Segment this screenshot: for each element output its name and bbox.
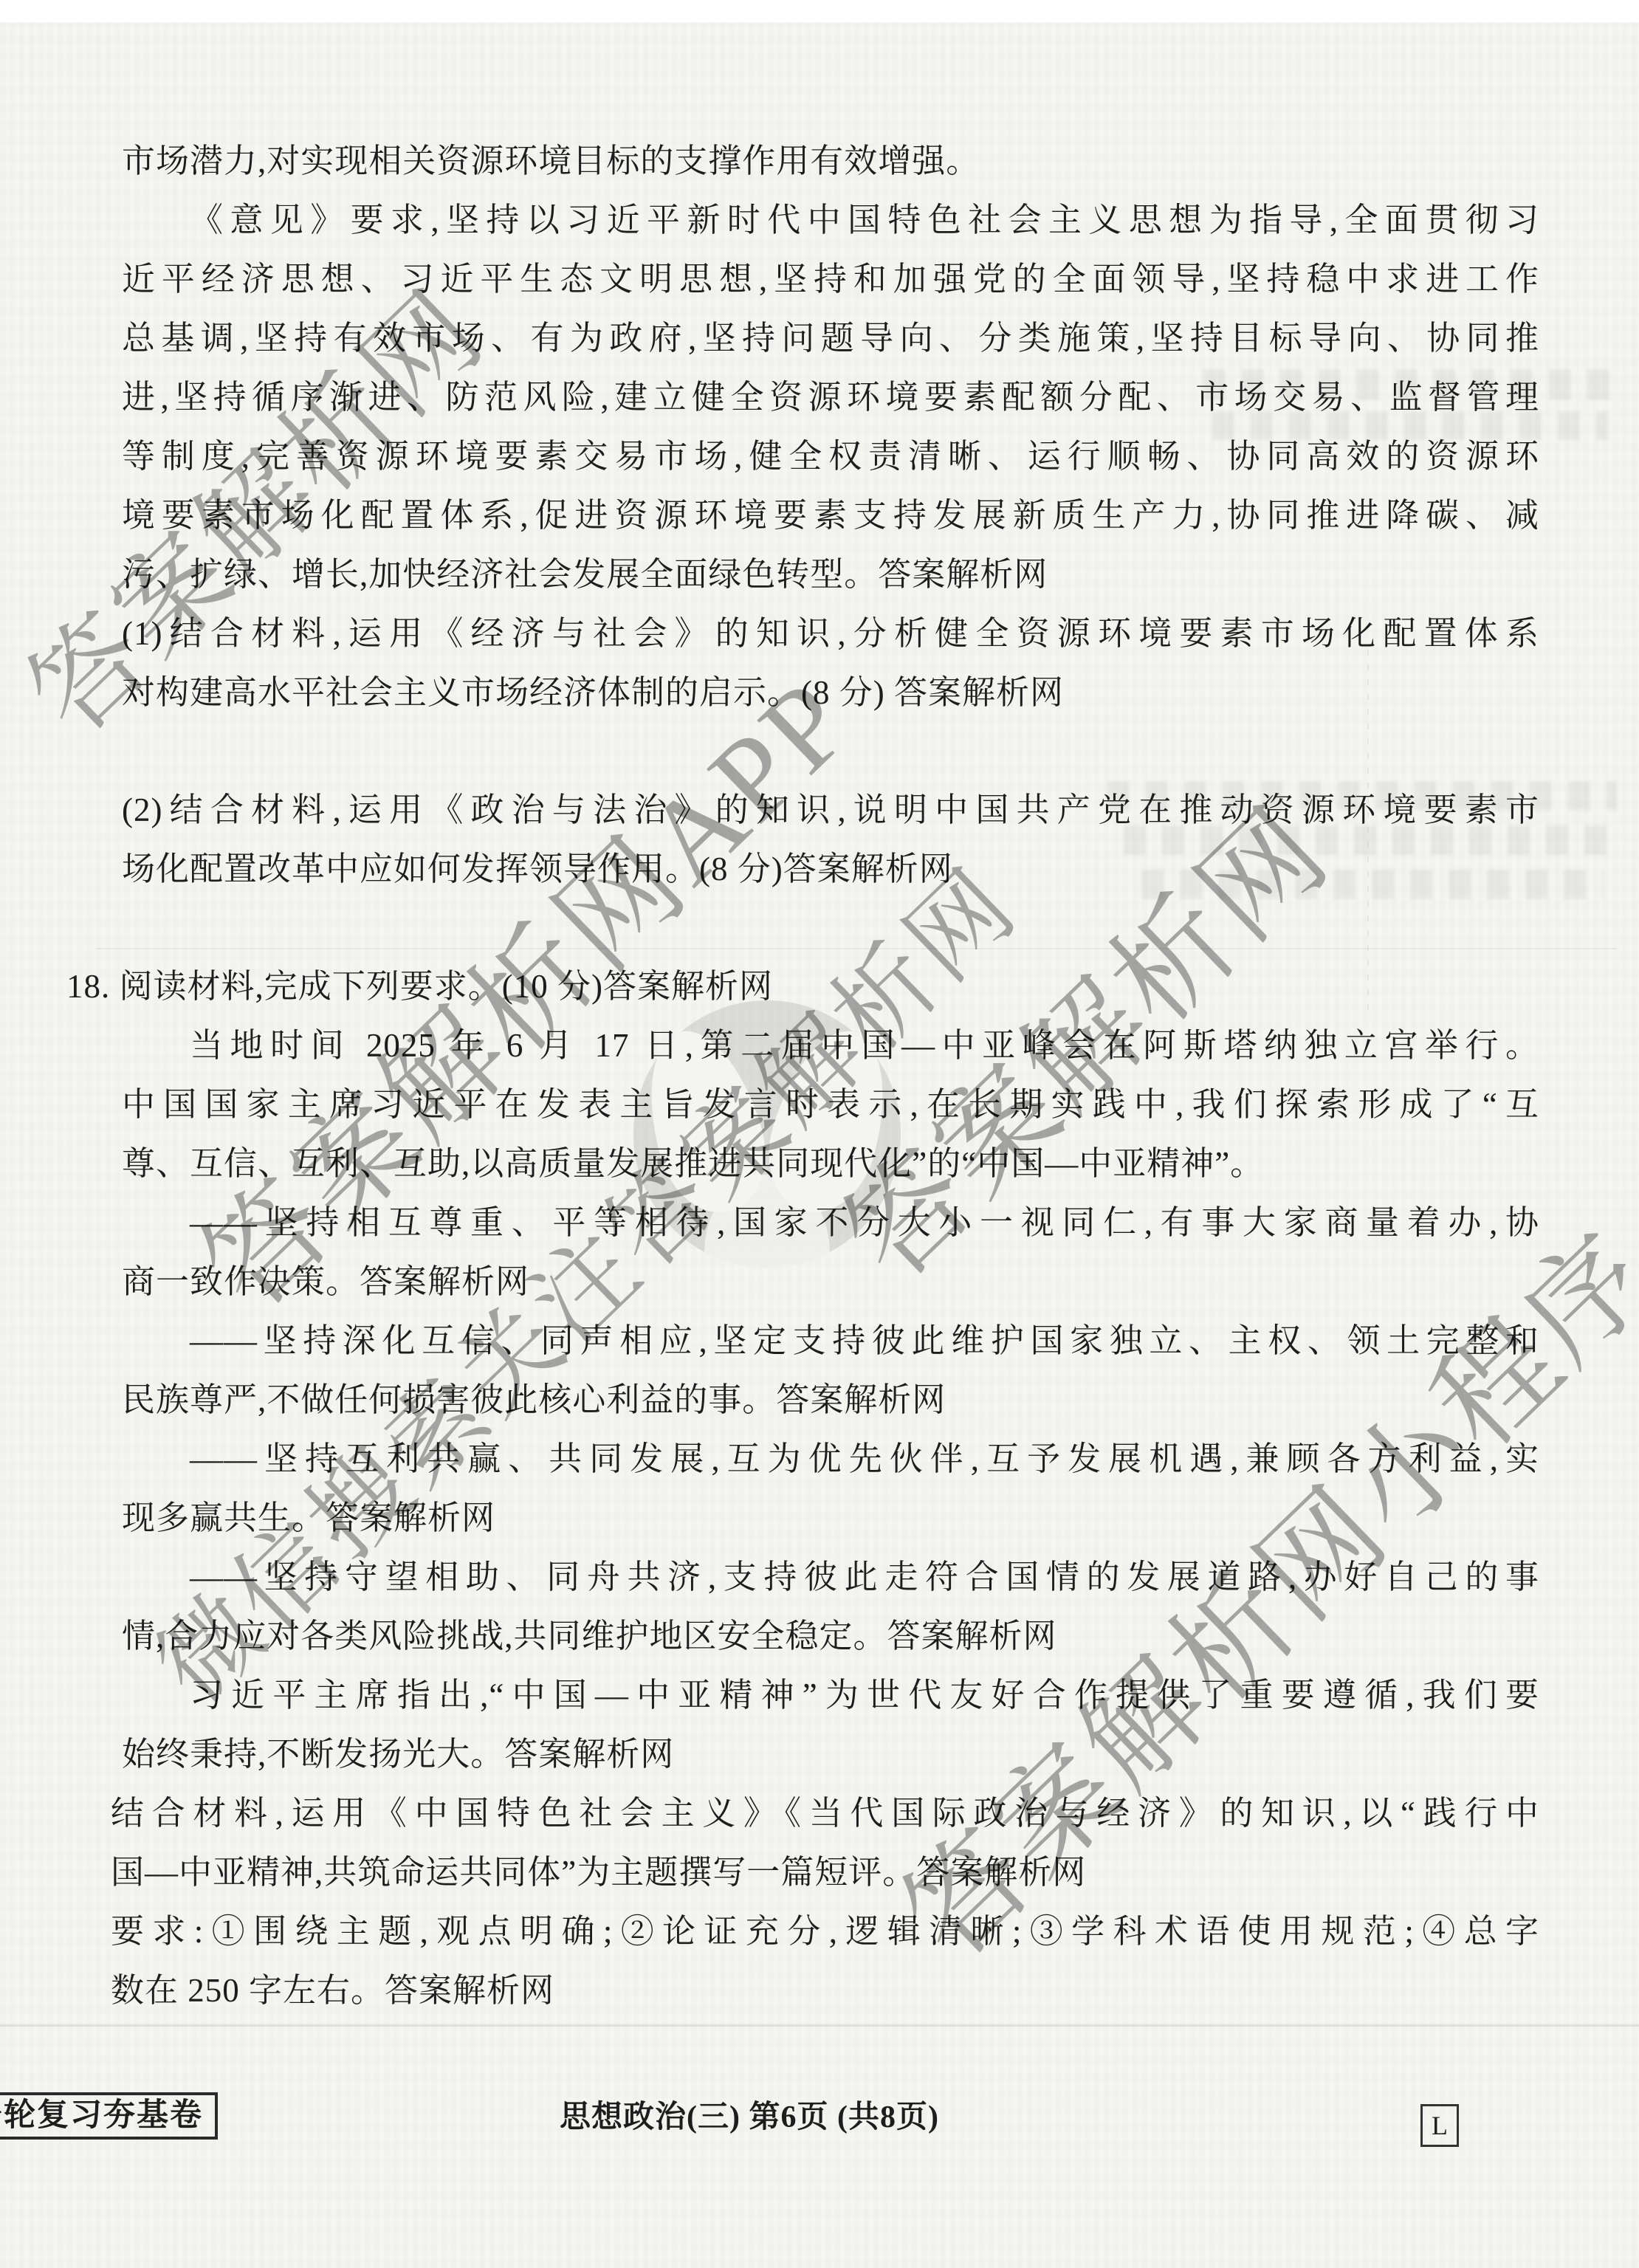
footer-version-mark: L <box>1420 2104 1459 2147</box>
text-line: 国—中亚精神,共筑命运共同体”为主题撰写一篇短评。答案解析网 <box>111 1843 1539 1902</box>
text-line: 要求:①围绕主题,观点明确;②论证充分,逻辑清晰;③学科术语使用规范;④总字 <box>111 1902 1539 1961</box>
text-line: 市场潜力,对实现相关资源环境目标的支撑作用有效增强。 <box>122 131 1539 190</box>
text-line: 结合材料,运用《中国特色社会主义》《当代国际政治与经济》的知识,以“践行中 <box>111 1784 1539 1843</box>
text-line: ——坚持深化互信、同声相应,坚定支持彼此维护国家独立、主权、领土完整和 <box>122 1311 1539 1370</box>
text-line: (1)结合材料,运用《经济与社会》的知识,分析健全资源环境要素市场化配置体系 <box>122 604 1539 663</box>
text-line: 始终秉持,不断发扬光大。答案解析网 <box>122 1725 1539 1784</box>
scan-artifact-line <box>0 2024 1639 2027</box>
text-line: 近平经济思想、习近平生态文明思想,坚持和加强党的全面领导,坚持稳中求进工作 <box>122 250 1539 309</box>
text-line: 《意见》要求,坚持以习近平新时代中国特色社会主义思想为指导,全面贯彻习 <box>122 190 1539 250</box>
line-gap <box>0 898 1639 957</box>
footer-page-indicator: 思想政治(三) 第6页 (共8页) <box>517 2097 982 2138</box>
text-line: 民族尊严,不做任何损害彼此核心利益的事。答案解析网 <box>122 1370 1539 1429</box>
text-line: 污、扩绿、增长,加快经济社会发展全面绿色转型。答案解析网 <box>122 545 1539 604</box>
scanned-exam-page: 市场潜力,对实现相关资源环境目标的支撑作用有效增强。《意见》要求,坚持以习近平新… <box>0 0 1639 2268</box>
text-line: 习近平主席指出,“中国—中亚精神”为世代友好合作提供了重要遵循,我们要 <box>122 1666 1539 1725</box>
footer-series-badge: 一轮复习夯基卷 <box>0 2092 218 2140</box>
text-line: 数在 250 字左右。答案解析网 <box>111 1961 1539 2020</box>
